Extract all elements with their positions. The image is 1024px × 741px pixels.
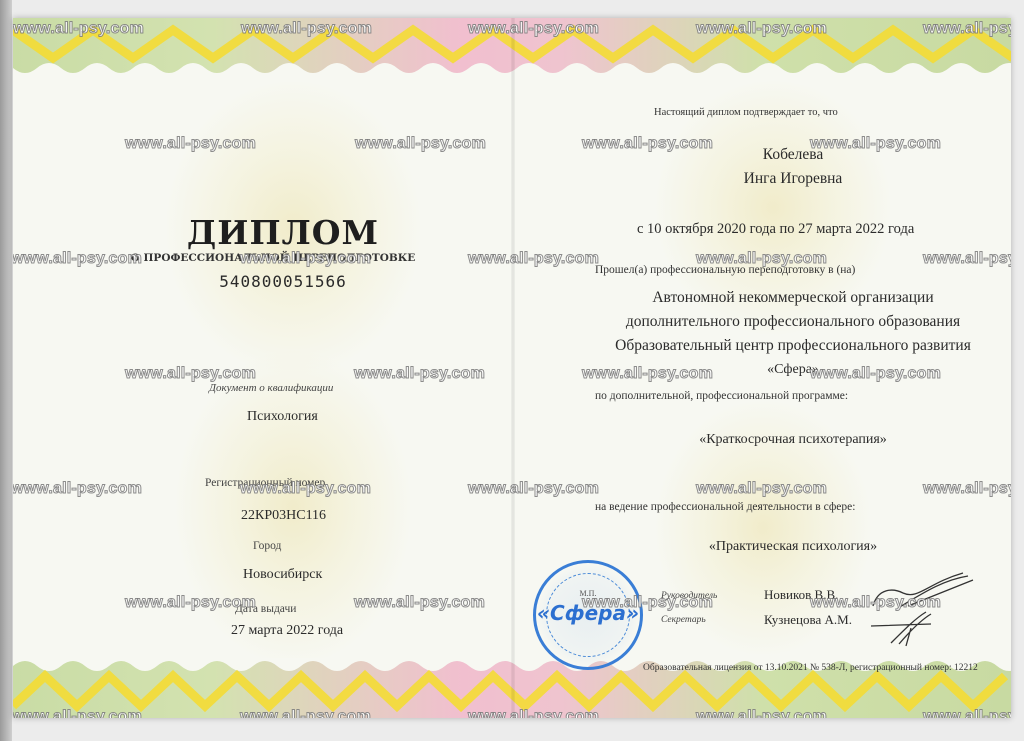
watermark: www.all-psy.com [354, 594, 485, 612]
watermark: www.all-psy.com [355, 135, 486, 153]
watermark: www.all-psy.com [582, 365, 713, 383]
watermark: www.all-psy.com [810, 135, 941, 153]
watermark: www.all-psy.com [696, 250, 827, 268]
city-label: Город [253, 540, 281, 552]
watermark: www.all-psy.com [468, 708, 599, 718]
watermark: www.all-psy.com [582, 594, 713, 612]
watermark: www.all-psy.com [696, 480, 827, 498]
activity-name: «Практическая психология» [593, 539, 993, 555]
watermark: www.all-psy.com [923, 250, 1011, 268]
watermark: www.all-psy.com [923, 20, 1011, 38]
qualification-value: Психология [247, 409, 318, 425]
watermark: www.all-psy.com [354, 365, 485, 383]
watermark: www.all-psy.com [13, 708, 142, 718]
study-period: с 10 октября 2020 года по 27 марта 2022 … [637, 221, 914, 238]
organization-stamp: М.П. «Сфера» [533, 560, 643, 670]
city-value: Новосибирск [243, 567, 322, 583]
secretary-name: Кузнецова А.М. [764, 612, 852, 628]
qualification-label: Документ о квалификации [209, 382, 333, 394]
watermark: www.all-psy.com [125, 594, 256, 612]
watermark: www.all-psy.com [240, 250, 371, 268]
watermark: www.all-psy.com [13, 250, 142, 268]
watermark: www.all-psy.com [468, 20, 599, 38]
watermark: www.all-psy.com [125, 365, 256, 383]
watermark: www.all-psy.com [13, 480, 142, 498]
registration-number: 22КР03НС116 [241, 508, 326, 524]
watermark: www.all-psy.com [125, 135, 256, 153]
issue-date-value: 27 марта 2022 года [231, 623, 343, 639]
watermark: www.all-psy.com [241, 20, 372, 38]
watermark: www.all-psy.com [582, 135, 713, 153]
diploma-title: ДИПЛОМ [153, 213, 413, 252]
intro-text: Настоящий диплом подтверждает то, что [654, 107, 838, 118]
watermark: www.all-psy.com [240, 480, 371, 498]
watermark: www.all-psy.com [810, 365, 941, 383]
activity-label: на ведение профессиональной деятельности… [595, 501, 855, 513]
organization-line-2: дополнительного профессионального образо… [593, 313, 993, 331]
watermark: www.all-psy.com [923, 708, 1011, 718]
watermark: www.all-psy.com [468, 480, 599, 498]
secretary-role-label: Секретарь [661, 615, 706, 625]
scan-edge [0, 0, 12, 741]
watermark: www.all-psy.com [468, 250, 599, 268]
recipient-given-names: Инга Игоревна [693, 170, 893, 188]
diploma-document: ДИПЛОМ О ПРОФЕССИОНАЛЬНОЙ ПЕРЕПОДГОТОВКЕ… [13, 18, 1011, 718]
program-name: «Краткосрочная психотерапия» [593, 432, 993, 448]
watermark: www.all-psy.com [696, 20, 827, 38]
diploma-number: 540800051566 [163, 272, 403, 291]
watermark: www.all-psy.com [810, 594, 941, 612]
license-text: Образовательная лицензия от 13.10.2021 №… [643, 663, 978, 673]
program-label: по дополнительной, профессиональной прог… [595, 390, 848, 402]
secretary-signature [871, 608, 951, 648]
watermark: www.all-psy.com [696, 708, 827, 718]
watermark: www.all-psy.com [240, 708, 371, 718]
watermark: www.all-psy.com [13, 20, 144, 38]
page-fold [511, 18, 515, 718]
watermark: www.all-psy.com [923, 480, 1011, 498]
organization-line-3: Образовательный центр профессионального … [593, 337, 993, 355]
organization-line-1: Автономной некоммерческой организации [593, 289, 993, 307]
